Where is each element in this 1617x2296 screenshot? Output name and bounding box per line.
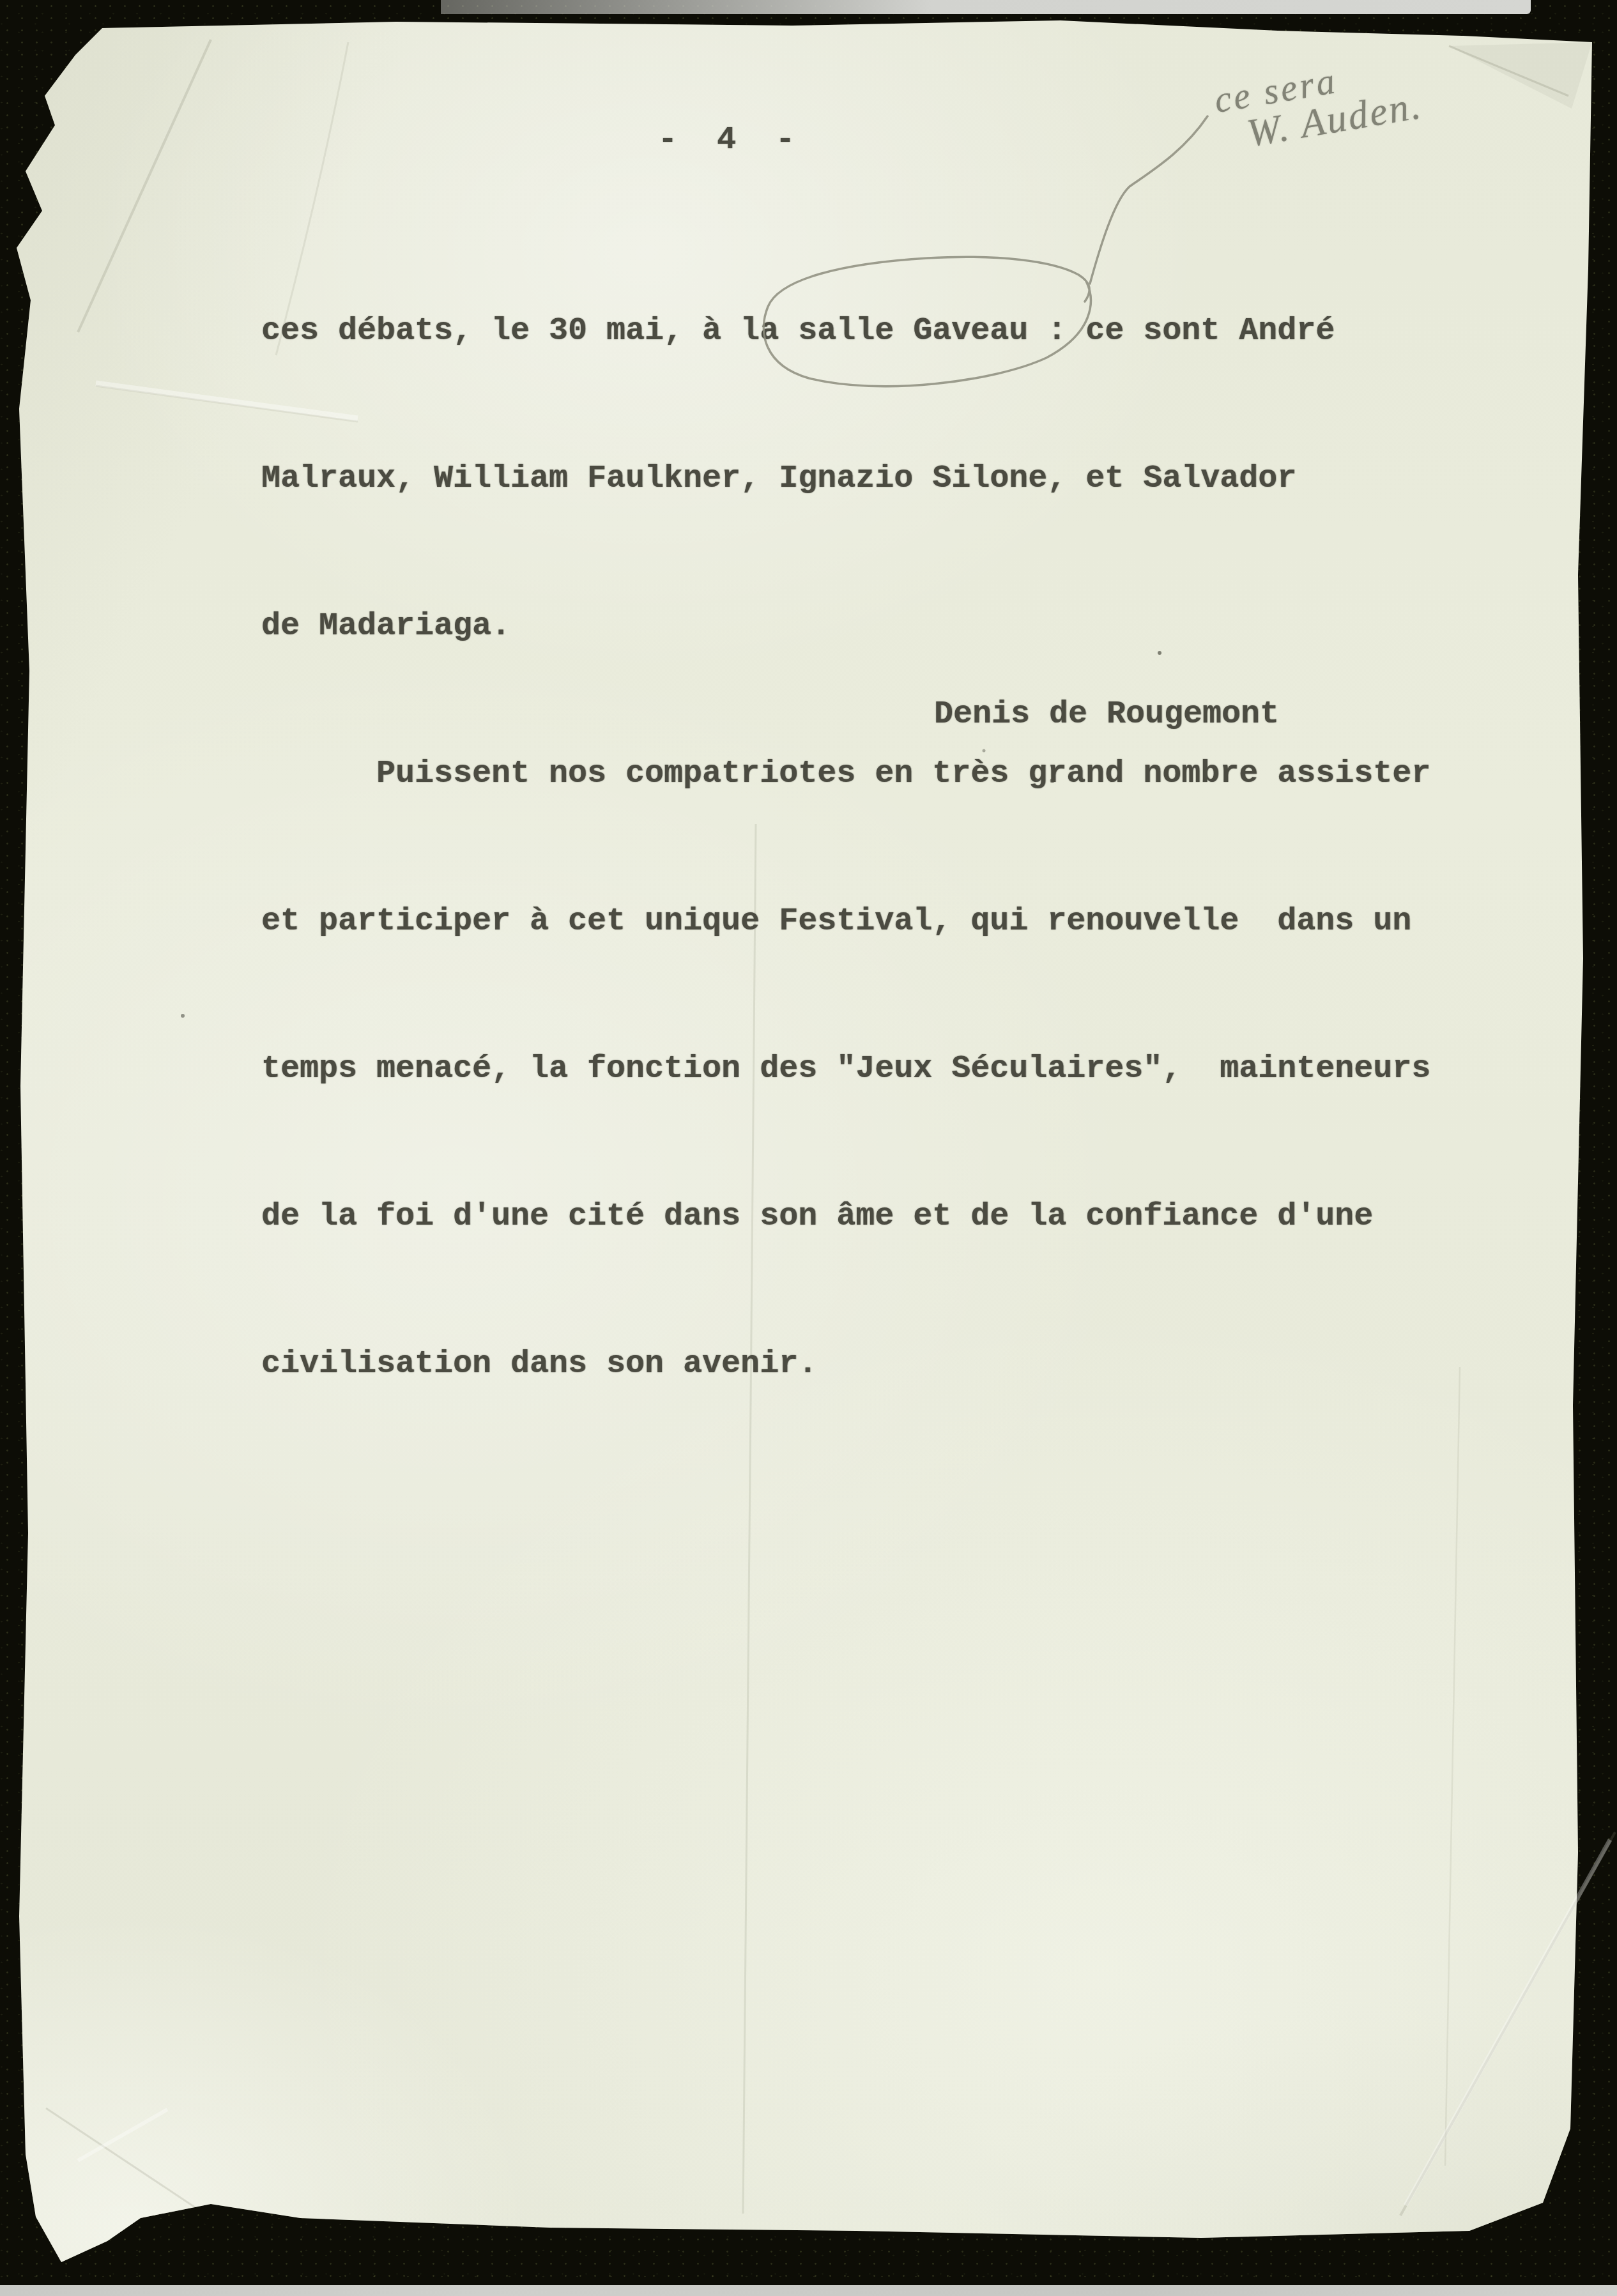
scanner-edge-strip-bottom: [0, 2285, 1617, 2296]
scanned-document-page: - 4 - ces débats, le 30 mai, à la salle …: [0, 0, 1617, 2296]
text-line: de la foi d'une cité dans son âme et de …: [261, 1192, 1430, 1241]
text-line: temps menacé, la fonction des "Jeux Sécu…: [261, 1045, 1430, 1094]
text-line: Puissent nos compatriotes en très grand …: [261, 749, 1430, 799]
typewritten-body: ces débats, le 30 mai, à la salle Gaveau…: [261, 208, 1430, 1487]
text-line: de Madariaga.: [261, 602, 1430, 651]
page-number: - 4 -: [658, 122, 805, 158]
text-line: ces débats, le 30 mai, à la salle Gaveau…: [261, 307, 1430, 356]
text-line: civilisation dans son avenir.: [261, 1340, 1430, 1389]
scanner-edge-strip-top: [441, 0, 1531, 14]
text-line: Malraux, William Faulkner, Ignazio Silon…: [261, 454, 1430, 503]
signature: Denis de Rougemont: [934, 696, 1279, 733]
text-line: et participer à cet unique Festival, qui…: [261, 897, 1430, 946]
